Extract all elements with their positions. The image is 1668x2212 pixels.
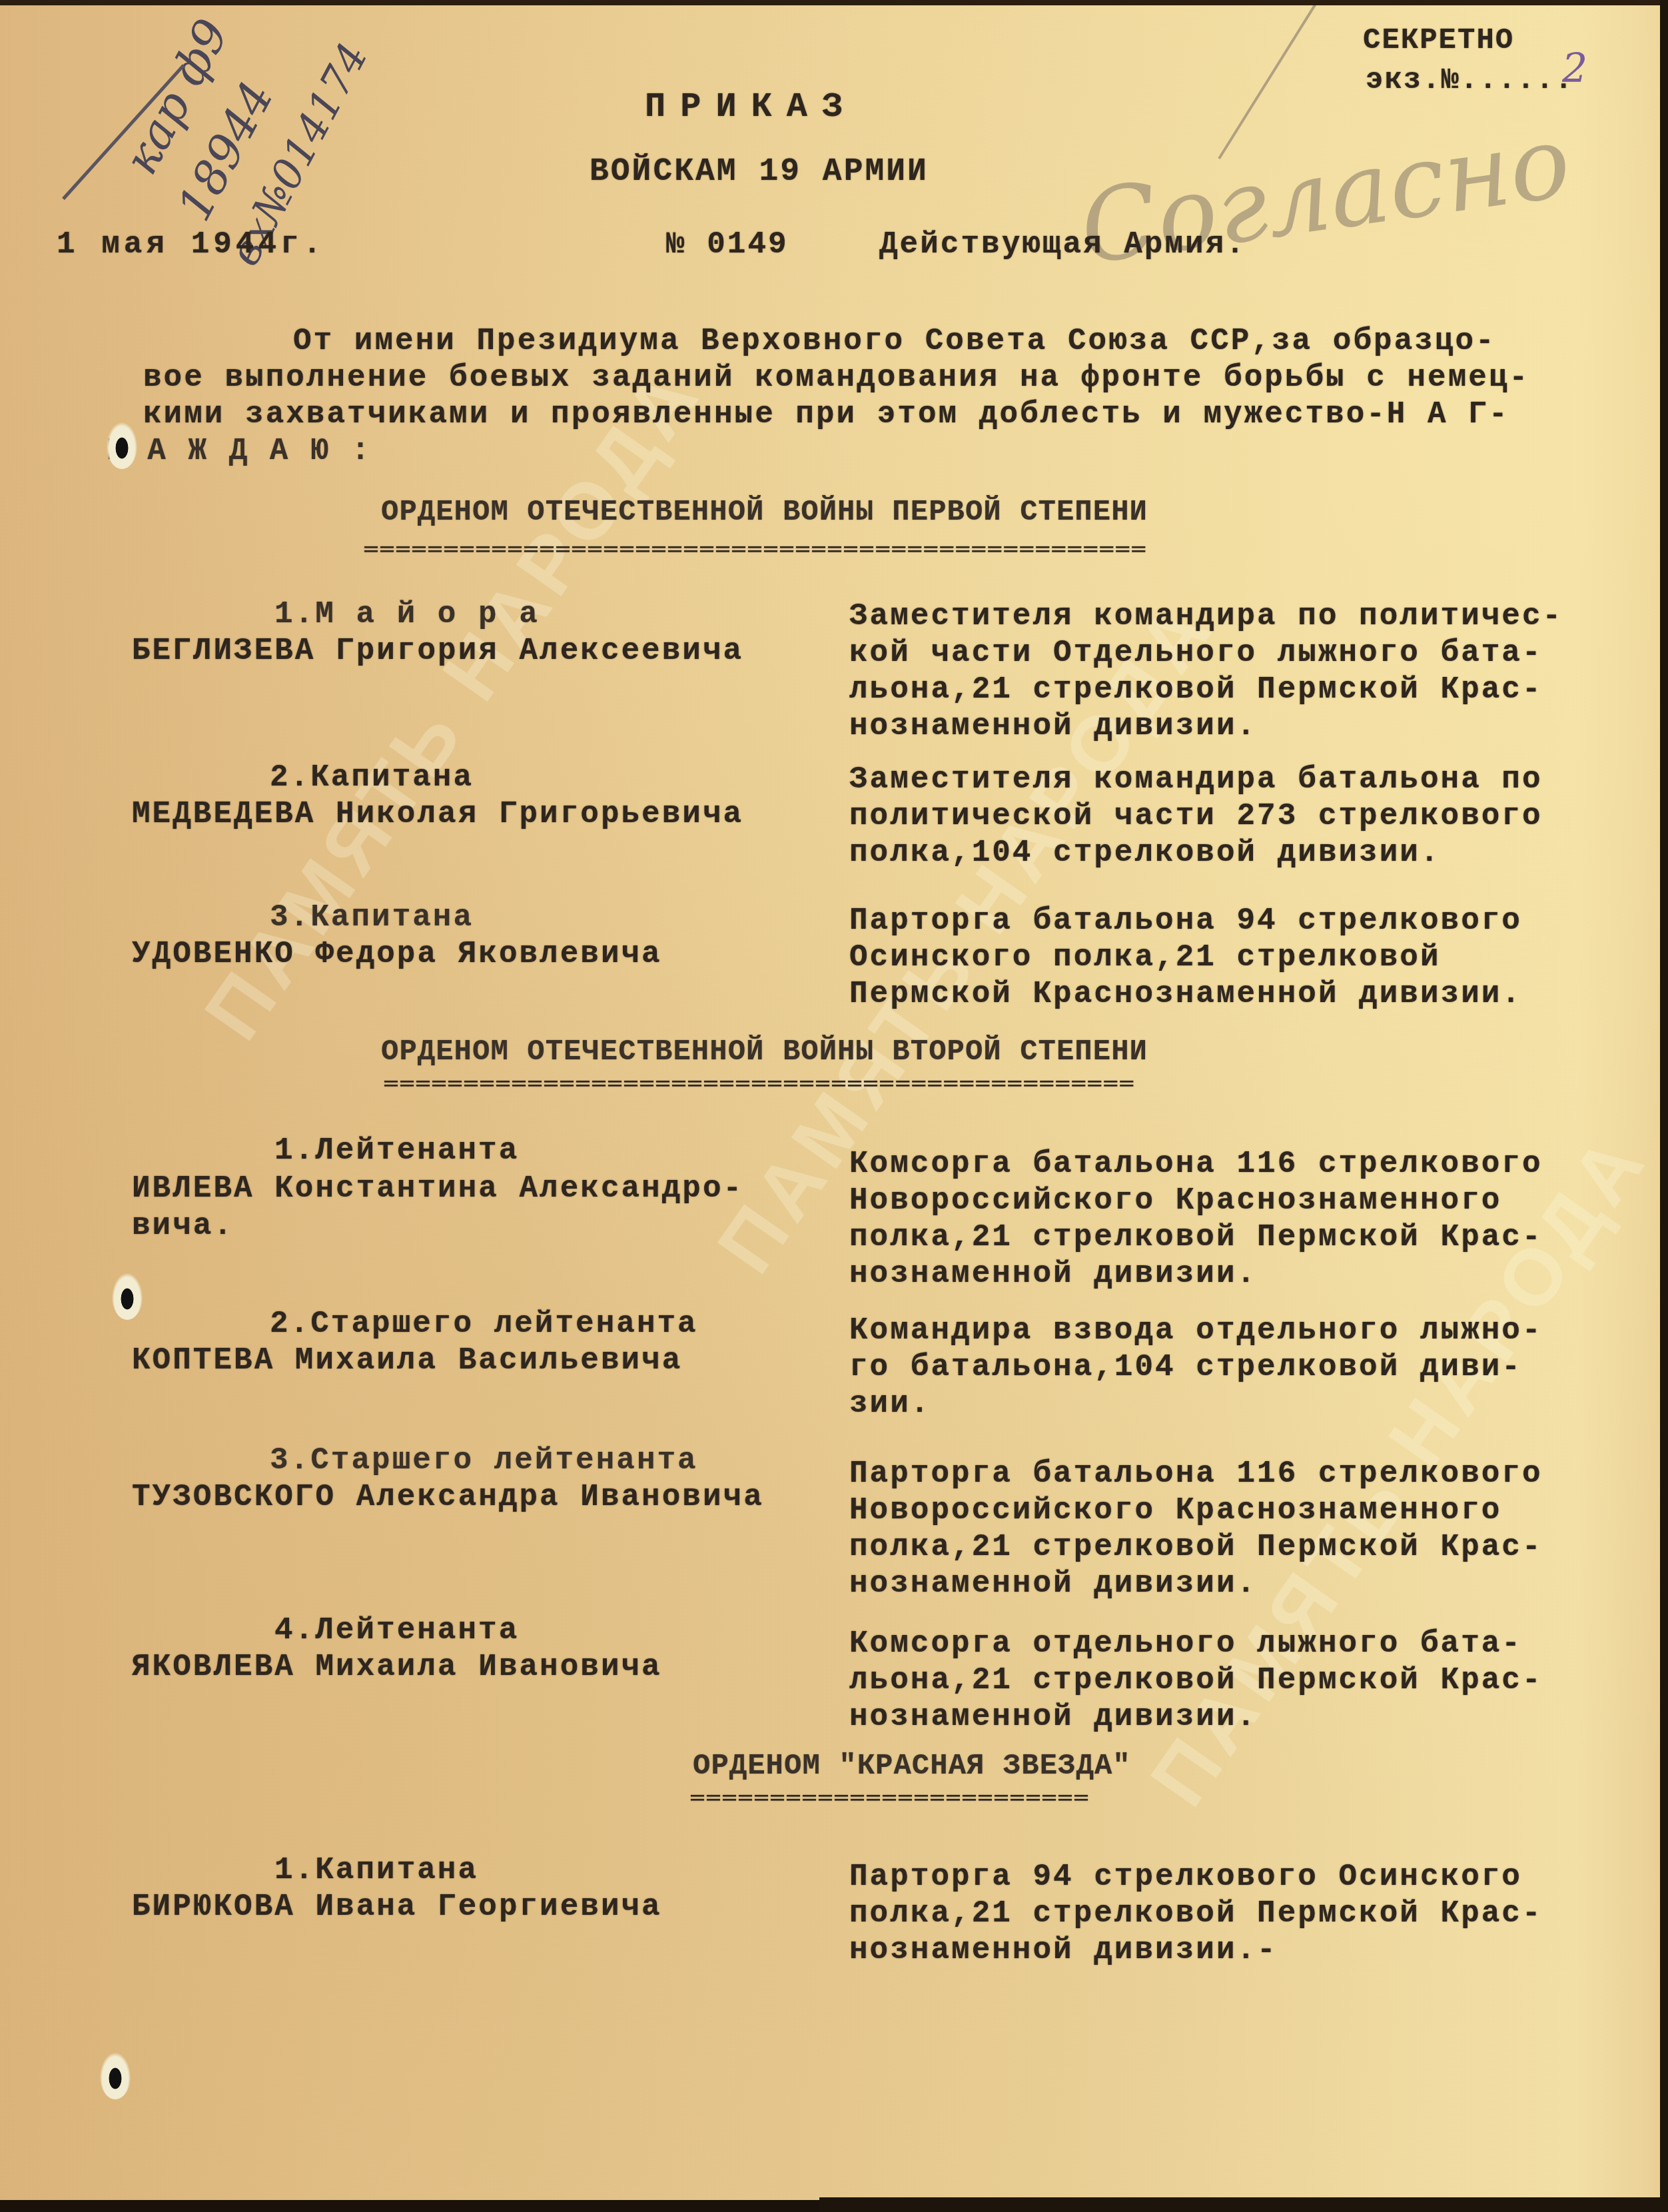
scan-edge-top	[0, 0, 1668, 5]
awardee-position-line: Новороссийского Краснознаменного	[849, 1493, 1501, 1528]
preamble-line-4: Р А Ж Д А Ю :	[107, 434, 372, 468]
section-heading-order-red-star: ОРДЕНОМ "КРАСНАЯ ЗВЕЗДА"	[693, 1750, 1131, 1783]
order-location: Действующая Армия.	[879, 227, 1246, 262]
punch-hole	[100, 2053, 131, 2099]
preamble-line-3: кими захватчиками и проявленные при этом…	[143, 397, 1509, 432]
awardee-rank: 2.Старшего лейтенанта	[270, 1307, 698, 1341]
section-heading-order-patriotic-war-2nd: ОРДЕНОМ ОТЕЧЕСТВЕННОЙ ВОЙНЫ ВТОРОЙ СТЕПЕ…	[381, 1035, 1148, 1069]
section-heading-order-patriotic-war-1st: ОРДЕНОМ ОТЕЧЕСТВЕННОЙ ВОЙНЫ ПЕРВОЙ СТЕПЕ…	[381, 496, 1148, 529]
awardee-position-line: Комсорга отдельного лыжного бата-	[849, 1626, 1522, 1661]
awardee-name: КОПТЕВА Михаила Васильевича	[132, 1343, 682, 1378]
awardee-name: ТУЗОВСКОГО Александра Ивановича	[132, 1480, 764, 1514]
awardee-position-line: го батальона,104 стрелковой диви-	[849, 1350, 1522, 1384]
awardee-position-line: льона,21 стрелковой Пермской Крас-	[849, 672, 1543, 707]
awardee-position-line: Осинского полка,21 стрелковой	[849, 940, 1441, 975]
preamble-line-2: вое выполнение боевых заданий командован…	[143, 360, 1529, 395]
awardee-position-line: Командира взвода отдельного лыжно-	[849, 1313, 1543, 1348]
awardee-name: вича.	[132, 1209, 234, 1243]
awardee-position-line: нознаменной дивизии.	[849, 1700, 1257, 1734]
copy-number-handwritten: 2	[1562, 45, 1587, 92]
awardee-position-line: Пермской Краснознаменной дивизии.	[849, 977, 1522, 1011]
awardee-position-line: полка,21 стрелковой Пермской Крас-	[849, 1896, 1543, 1931]
awardee-position-line: нознаменной дивизии.	[849, 1257, 1257, 1291]
awardee-rank: 3.Старшего лейтенанта	[270, 1443, 698, 1478]
scan-edge-bottom	[819, 2197, 1668, 2212]
classification-stamp: СЕКРЕТНО	[1363, 24, 1514, 57]
awardee-position-line: полка,21 стрелковой Пермской Крас-	[849, 1530, 1543, 1564]
awardee-name: ЯКОВЛЕВА Михаила Ивановича	[132, 1650, 662, 1684]
section-underline: ========================================…	[363, 542, 1146, 559]
awardee-position-line: Новороссийского Краснознаменного	[849, 1183, 1501, 1218]
scan-edge-right	[1660, 0, 1668, 2212]
awardee-position-line: кой части Отдельного лыжного бата-	[849, 636, 1543, 670]
awardee-position-line: Комсорга батальона 116 стрелкового	[849, 1147, 1543, 1181]
awardee-rank: 2.Капитана	[270, 760, 474, 795]
document-subtitle: ВОЙСКАМ 19 АРМИИ	[590, 154, 929, 190]
awardee-position-line: зии.	[849, 1386, 931, 1421]
awardee-position-line: Заместителя командира по политичес-	[849, 599, 1563, 634]
awardee-name: ИВЛЕВА Константина Александро-	[132, 1171, 743, 1206]
order-number: № 0149	[666, 227, 789, 262]
section-underline: =========================	[689, 1791, 1089, 1808]
preamble-line-1: От имени Президиума Верховного Совета Со…	[293, 324, 1496, 358]
pencil-stroke	[1218, 0, 1336, 159]
awardee-name: БИРЮКОВА Ивана Георгиевича	[132, 1890, 662, 1924]
awardee-position-line: Парторга 94 стрелкового Осинского	[849, 1860, 1522, 1894]
awardee-rank: 1.Лейтенанта	[274, 1133, 519, 1168]
awardee-position-line: Парторга батальона 94 стрелкового	[849, 903, 1522, 938]
awardee-position-line: Заместителя командира батальона по	[849, 762, 1543, 797]
awardee-position-line: политической части 273 стрелкового	[849, 799, 1543, 833]
awardee-position-line: льона,21 стрелковой Пермской Крас-	[849, 1663, 1543, 1698]
awardee-name: МЕДВЕДЕВА Николая Григорьевича	[132, 797, 743, 831]
awardee-rank: 1.Капитана	[274, 1853, 478, 1888]
awardee-position-line: нознаменной дивизии.	[849, 709, 1257, 744]
awardee-name: УДОВЕНКО Федора Яковлевича	[132, 937, 662, 971]
punch-hole	[112, 1273, 143, 1320]
punch-hole	[107, 422, 137, 469]
order-date: 1 мая 1944г.	[57, 227, 325, 262]
awardee-rank: 4.Лейтенанта	[274, 1613, 519, 1648]
awardee-position-line: нознаменной дивизии.	[849, 1566, 1257, 1601]
awardee-position-line: нознаменной дивизии.-	[849, 1933, 1278, 1967]
awardee-rank: 1.М а й о р а	[274, 597, 540, 632]
awardee-position-line: Парторга батальона 116 стрелкового	[849, 1456, 1543, 1491]
copy-number-label: экз.№......	[1366, 64, 1573, 97]
section-underline: ========================================…	[383, 1077, 1134, 1093]
awardee-position-line: полка,104 стрелковой дивизии.	[849, 835, 1441, 870]
awardee-name: БЕГЛИЗЕВА Григория Алексеевича	[132, 634, 743, 668]
document-title: ПРИКАЗ	[645, 87, 857, 127]
awardee-rank: 3.Капитана	[270, 900, 474, 935]
awardee-position-line: полка,21 стрелковой Пермской Крас-	[849, 1220, 1543, 1255]
archival-document-page: ПАМЯТЬ НАРОДА ПАМЯТЬ НАРОДА ПАМЯТЬ НАРОД…	[0, 4, 1661, 2200]
